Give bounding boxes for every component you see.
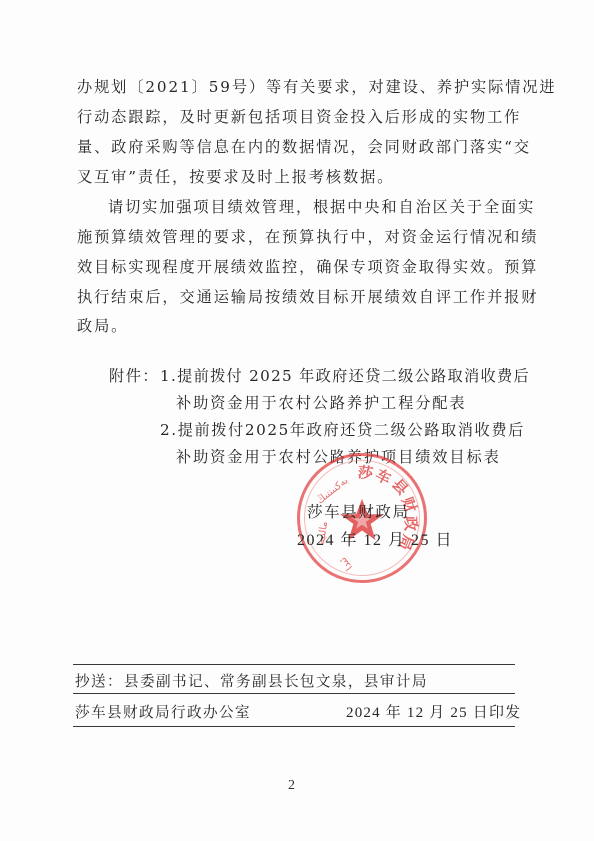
- issuing-office: 莎车县财政局行政办公室: [75, 701, 251, 722]
- issuer-name: 莎车县财政局: [307, 500, 410, 522]
- footer-bottom-rule: [73, 726, 515, 727]
- page-number: 2: [288, 778, 295, 794]
- cc-recipients: 县委副书记、常务副县长包文泉，县审计局: [124, 670, 428, 691]
- cc-label: 抄送：: [75, 670, 123, 691]
- body-line: 量、政府采购等信息在内的数据情况，会同财政部门落实“交: [77, 137, 531, 157]
- body-line-indented: 请切实加强项目绩效管理，根据中央和自治区关于全面实: [108, 197, 535, 217]
- issue-date: 2024 年 12 月 25 日: [297, 527, 453, 550]
- footer-top-rule: [73, 664, 515, 665]
- document-page: 办规划〔2021〕59号）等有关要求，对建设、养护实际情况进 行动态跟踪，及时更…: [0, 0, 594, 841]
- print-date: 2024 年 12 月 25 日印发: [346, 701, 521, 722]
- body-line: 政局。: [77, 316, 128, 336]
- attachment-item-1-line2: 补助资金用于农村公路养护工程分配表: [176, 393, 467, 413]
- attachment-item-2-line1: 2.提前拨付2025年政府还贷二级公路取消收费后: [160, 420, 525, 440]
- body-line: 叉互审”责任，按要求及时上报考核数据。: [77, 167, 394, 187]
- footer-middle-rule: [73, 693, 515, 694]
- body-line: 施预算绩效管理的要求，在预算执行中，对资金运行情况和绩: [77, 227, 538, 247]
- body-line: 行动态跟踪，及时更新包括项目资金投入后形成的实物工作: [77, 107, 521, 127]
- body-line: 效目标实现程度开展绩效监控，确保专项资金取得实效。预算: [77, 257, 538, 277]
- attachments-label: 附件：: [109, 366, 159, 386]
- body-line: 办规划〔2021〕59号）等有关要求，对建设、养护实际情况进: [77, 77, 556, 97]
- attachment-item-1-line1: 1.提前拨付 2025 年政府还贷二级公路取消收费后: [160, 366, 530, 386]
- body-line: 执行结束后，交通运输局按绩效目标开展绩效自评工作并报财: [77, 287, 538, 307]
